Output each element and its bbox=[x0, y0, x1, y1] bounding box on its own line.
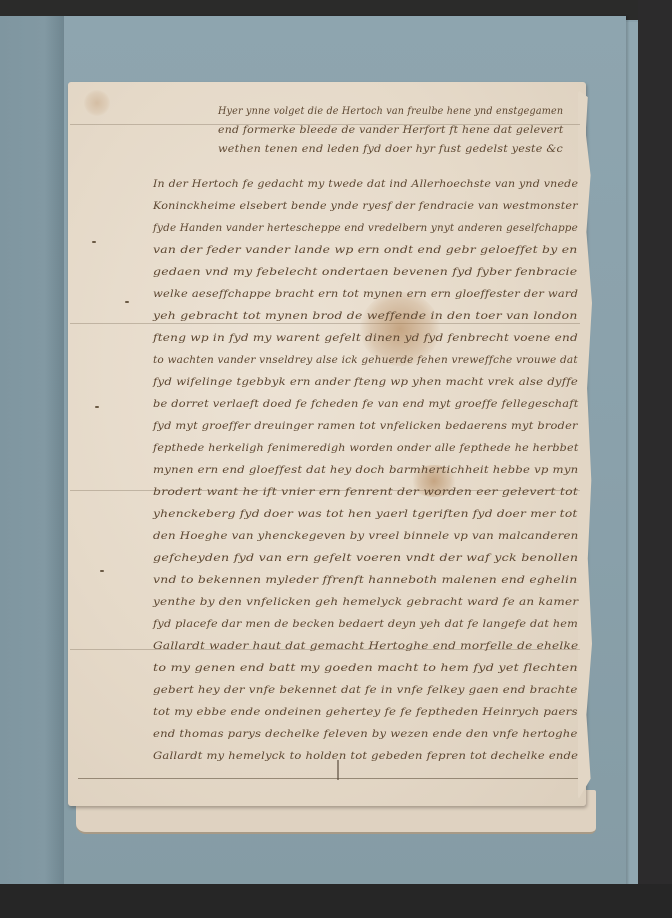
folder-left-flap bbox=[0, 16, 64, 888]
body-line: fteng wp in fyd my warent gefelt dinen y… bbox=[153, 332, 578, 344]
body-line: In der Hertoch fe gedacht my twede dat i… bbox=[153, 178, 578, 190]
body-line: to wachten vander vnseldrey alse ick geh… bbox=[153, 354, 578, 366]
body-line: fyd wifelinge tgebbyk ern ander fteng wp… bbox=[153, 376, 578, 388]
margin-mark bbox=[95, 406, 99, 408]
background-bottom bbox=[0, 884, 672, 918]
header-line: Hyer ynne volget die de Hertoch van freu… bbox=[218, 106, 563, 117]
margin-mark bbox=[92, 241, 96, 243]
smudge-top-left bbox=[84, 90, 110, 116]
body-line: yeh gebracht tot mynen brod de weffende … bbox=[153, 310, 578, 322]
margin-mark bbox=[125, 301, 129, 303]
body-line: gedaen vnd my febelecht ondertaen bevene… bbox=[153, 266, 577, 278]
body-line: gefcheyden fyd van ern gefelt voeren vnd… bbox=[153, 552, 578, 564]
body-line: gebert hey der vnfe bekennet dat fe in v… bbox=[153, 684, 578, 696]
header-line: end formerke bleede de vander Herfort ft… bbox=[218, 125, 563, 136]
body-line: be dorret verlaeft doed fe fcheden fe va… bbox=[153, 398, 579, 410]
body-line: mynen ern end gloeffest dat hey doch bar… bbox=[153, 464, 578, 476]
body-line: tot my ebbe ende ondeinen gehertey fe fe… bbox=[153, 706, 578, 718]
body-line: Gallardt wader haut dat gemacht Hertoghe… bbox=[153, 640, 578, 652]
body-line: yhenckeberg fyd doer was tot hen yaerl t… bbox=[153, 508, 578, 520]
background-right bbox=[638, 0, 672, 918]
body-line: to my genen end batt my goeden macht to … bbox=[153, 662, 578, 674]
body-line: yenthe by den vnfelicken geh hemelyck ge… bbox=[153, 596, 578, 608]
fold-crease-bottom bbox=[78, 778, 578, 779]
body-line: den Hoeghe van yhenckegeven by vreel bin… bbox=[153, 530, 579, 542]
tear-mark bbox=[337, 760, 339, 780]
body-line: fyd placefe dar men de becken bedaert de… bbox=[153, 618, 578, 630]
fold-crease bbox=[70, 323, 580, 324]
body-line: welke aeseffchappe bracht ern tot mynen … bbox=[153, 288, 578, 300]
body-line: Gallardt my hemelyck to holden tot gebed… bbox=[153, 750, 578, 762]
body-line: fyde Handen vander hertescheppe end vred… bbox=[153, 222, 578, 234]
margin-mark bbox=[100, 570, 104, 572]
body-line: van der feder vander lande wp ern ondt e… bbox=[153, 244, 578, 256]
body-line: brodert want he ift vnier ern fenrent de… bbox=[153, 486, 578, 498]
body-line: fepthede herkeligh fenimeredigh worden o… bbox=[153, 442, 579, 454]
body-line: fyd myt groeffer dreuinger ramen tot vnf… bbox=[153, 420, 578, 432]
body-line: vnd to bekennen myleder ffrenft hannebot… bbox=[153, 574, 577, 586]
body-line: end thomas parys dechelke feleven by wez… bbox=[153, 728, 578, 740]
body-line: Koninckheime elsebert bende ynde ryesf d… bbox=[153, 200, 578, 212]
header-line: wethen tenen end leden fyd doer hyr fust… bbox=[218, 144, 563, 155]
